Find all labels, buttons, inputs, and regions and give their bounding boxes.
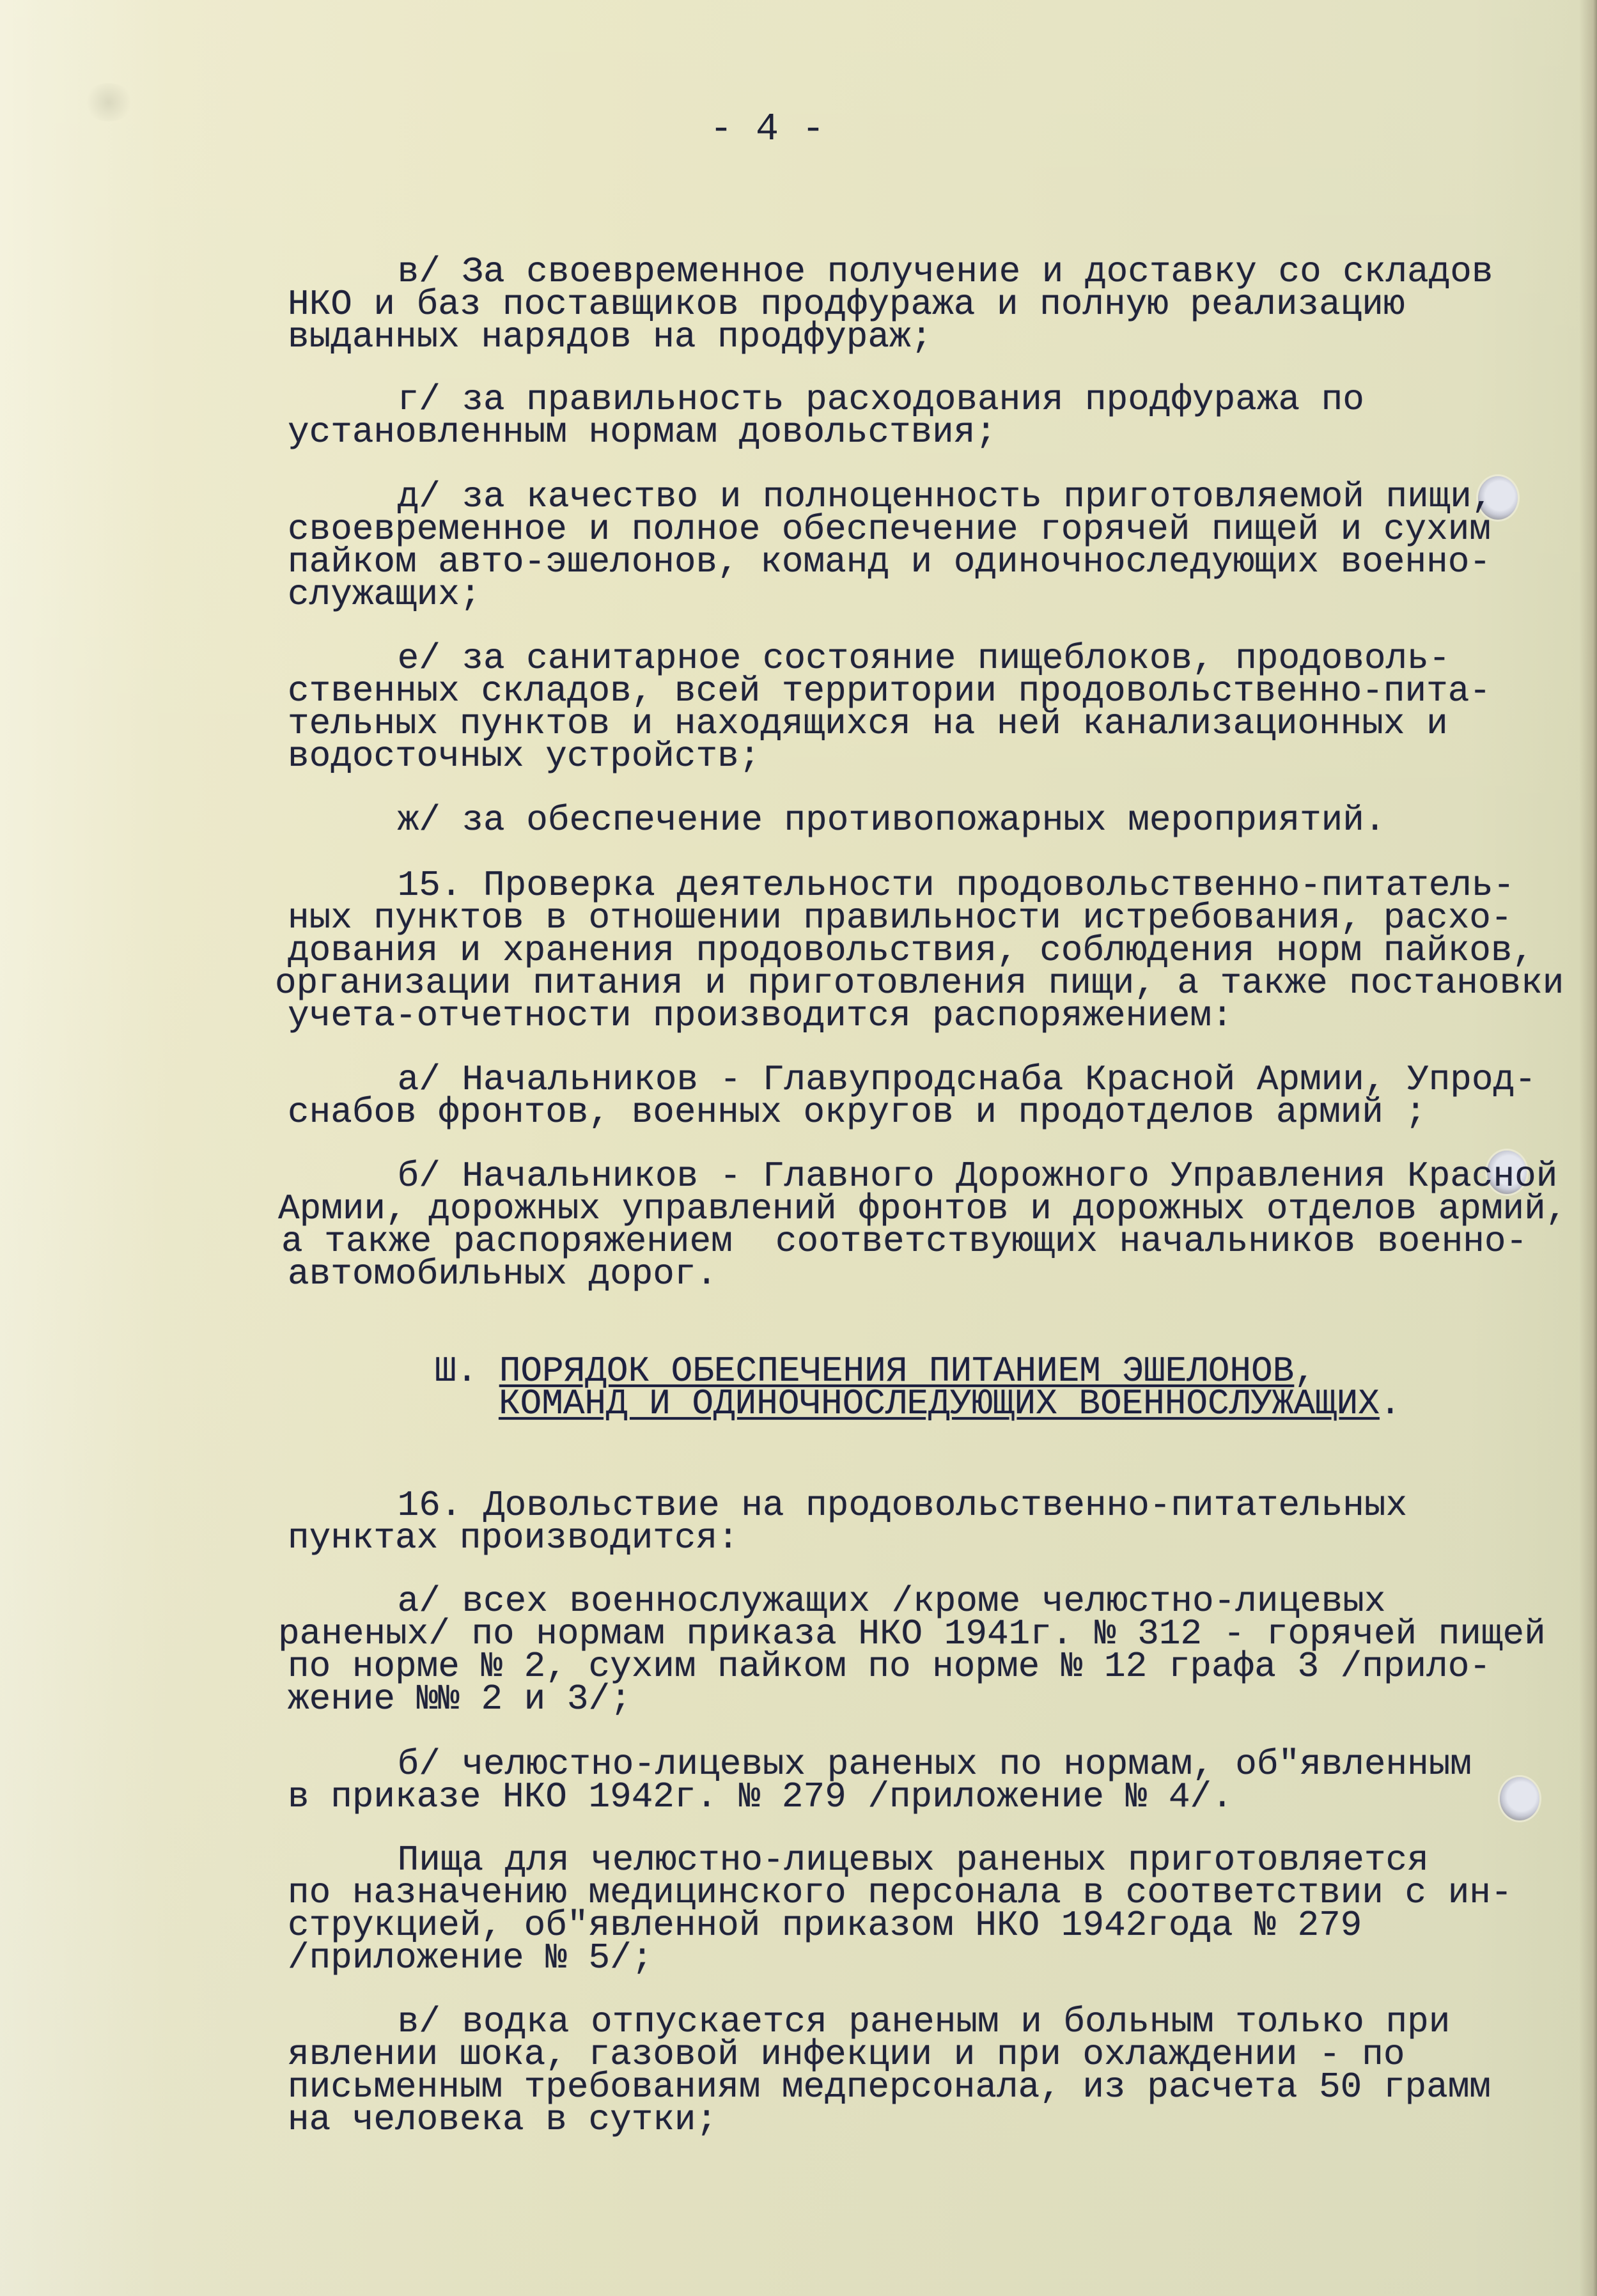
text-line: жение №№ 2 и 3/; — [288, 1683, 632, 1716]
section-title-line-2: КОМАНД И ОДИНОЧНОСЛЕДУЮЩИХ ВОЕННОСЛУЖАЩИ… — [499, 1383, 1380, 1424]
text-line: пунктах производится: — [288, 1522, 739, 1555]
text-line: установленным нормам довольствия; — [288, 416, 997, 449]
text-line: снабов фронтов, военных округов и продот… — [288, 1096, 1426, 1129]
text-line: водосточных устройств; — [288, 740, 760, 773]
text-line: на человека в сутки; — [288, 2104, 717, 2136]
text-line: в приказе НКО 1942г. № 279 /приложение №… — [288, 1781, 1233, 1813]
text-line: автомобильных дорог. — [288, 1258, 717, 1291]
section-numeral: Ш. — [435, 1351, 478, 1392]
text-line: выданных нарядов на продфураж; — [288, 321, 932, 353]
section-heading-line-2: КОМАНД И ОДИНОЧНОСЛЕДУЮЩИХ ВОЕННОСЛУЖАЩИ… — [499, 1388, 1401, 1420]
text-line: служащих; — [288, 578, 481, 611]
text-line: ж/ за обеспечение противопожарных меропр… — [269, 804, 1385, 837]
page-number: - 4 - — [710, 107, 825, 152]
document-body-continued: 16. Довольствие на продовольственно-пита… — [0, 0, 43, 848]
text-line: учета-отчетности производится распоряжен… — [288, 1000, 1233, 1032]
punch-hole-icon — [1500, 1777, 1539, 1820]
text-line: /приложение № 5/; — [288, 1942, 653, 1974]
ink-smudge — [83, 83, 134, 121]
section-title-punct: . — [1380, 1383, 1401, 1424]
